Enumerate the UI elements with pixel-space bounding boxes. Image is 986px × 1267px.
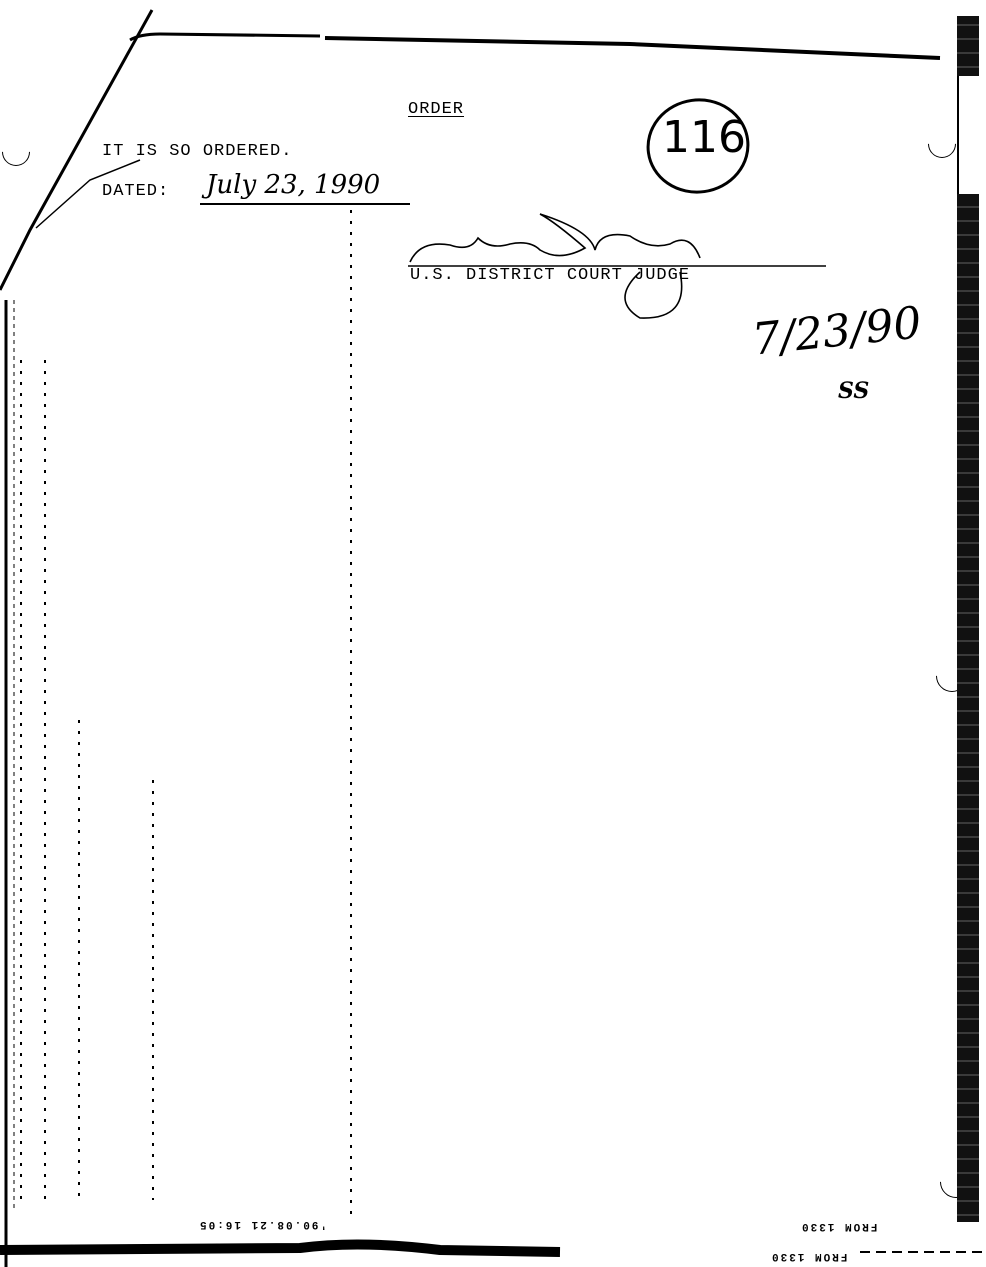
page-edge-shadow <box>957 16 979 1222</box>
docket-number: 116 <box>662 112 746 163</box>
scan-dots <box>152 780 154 1200</box>
scan-dots <box>350 210 352 1220</box>
dated-label: DATED: <box>102 182 169 201</box>
scan-dots <box>78 720 80 1200</box>
dated-value: July 23, 1990 <box>206 170 380 200</box>
initials: SS <box>838 378 869 404</box>
order-heading: ORDER <box>408 100 464 119</box>
scan-dots <box>44 360 46 1200</box>
scanned-page: ORDER IT IS SO ORDERED. DATED: July 23, … <box>0 0 986 1267</box>
fax-timestamp: '90.08.21 16:05 <box>198 1218 327 1230</box>
order-line: IT IS SO ORDERED. <box>102 142 292 161</box>
scan-dots <box>20 360 22 1200</box>
judge-title: U.S. DISTRICT COURT JUDGE <box>410 266 690 285</box>
fax-from-line: FROM 1330 <box>800 1220 877 1232</box>
fax-from-line-duplicate: FROM 1330 <box>770 1250 847 1262</box>
